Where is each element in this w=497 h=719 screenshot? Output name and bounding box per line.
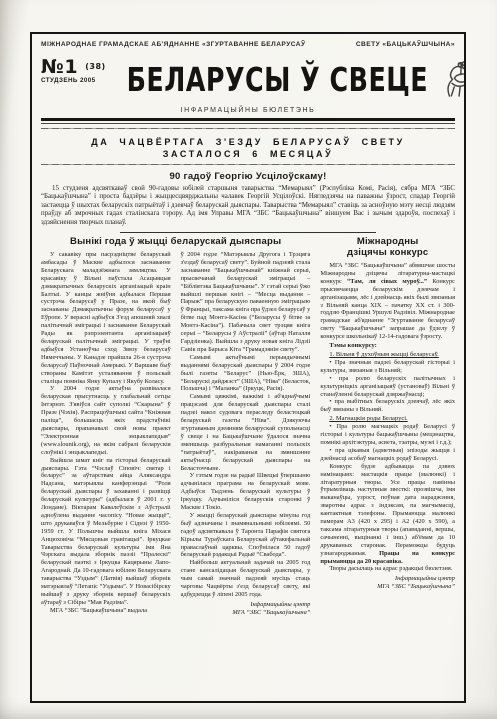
- bullet-item: • пра ролю беларускіх палітычных і культ…: [320, 375, 455, 399]
- divider-wavy: [41, 128, 455, 129]
- jubilee-title: 90 гадоў Георгію Усцілоўскаму!: [41, 171, 455, 182]
- article-column-1: У сакавіку пры пасрэдніцтве беларускай а…: [41, 251, 171, 617]
- divider-wavy: [41, 164, 455, 165]
- article-paragraph: Найбольш актуальнай задачай на 2005 год …: [181, 559, 311, 599]
- contest-intro-post: Конкурс прысвячаецца беларускім дзеячам …: [320, 278, 455, 340]
- divider-thick: [41, 118, 455, 121]
- article-paragraph: У жыцці беларускай дыяспары мінулы год б…: [181, 512, 311, 559]
- article-column-2: ў 2004 годзе “Матэрыялы Другога і Трэцяг…: [181, 251, 311, 617]
- themes-label: Тэмы конкурсу:: [320, 342, 455, 350]
- main-article-title: Вынікі года ў жыцці беларускай дыяспары: [41, 236, 310, 247]
- jubilee-body: 15 студзеня адсвяткаваў свой 90-гадовы ю…: [41, 185, 455, 227]
- theme-heading: 2. Магнацкія роды Беларусі.: [320, 415, 455, 423]
- article-paragraph: МГА “ЗБС “Бацькаўшчына” выдала: [41, 607, 171, 615]
- issue-number: №1 (38): [41, 59, 117, 75]
- article-paragraph: Самымі актыўнымі перыядычнымі выданнямі …: [181, 354, 311, 394]
- signature-line: МГА “ЗБС “Бацькаўшчына”: [181, 609, 311, 617]
- article-paragraph: У сакавіку пры пасрэдніцтве беларускай а…: [41, 251, 171, 385]
- contest-title: Міжнародны дзіцячы конкурс: [320, 236, 455, 258]
- contest-rules: Конкурс будзе адбывацца па дзвюх намінац…: [320, 463, 455, 566]
- divider-thin: [41, 123, 455, 124]
- article-signature: Інфармацыйны цэнтр МГА “ЗБС “Бацькаўшчын…: [181, 601, 311, 617]
- pahonia-logo-icon: [438, 53, 466, 105]
- issue-date: СТУДЗЕНЬ 2005: [41, 77, 117, 84]
- masthead: №1 (38) СТУДЗЕНЬ 2005 БЕЛАРУСЫ Ў СВЕЦЕ: [41, 53, 455, 105]
- bullet-item: • Пра ролю магнацкіх родаў Беларусі ў гі…: [320, 423, 455, 447]
- contest-closing: Творы дасылаць на адрас рэдакцыі бюлетэн…: [320, 565, 455, 573]
- columns-area: Вынікі года ў жыцці беларускай дыяспары …: [41, 236, 455, 617]
- countdown-line1: ДА ЧАЦВЁРТАГА З'ЕЗДУ БЕЛАРУСАЎ СВЕТУ: [41, 136, 455, 148]
- issue-block: №1 (38) СТУДЗЕНЬ 2005: [41, 53, 117, 84]
- theme-heading: 1. Вільня ў духоўным жыцці беларусаў.: [320, 351, 455, 359]
- contest-title-line1: Міжнародны: [357, 236, 419, 247]
- signature-line: МГА “ЗБС “Бацькаўшчына”: [320, 583, 455, 591]
- contest-rules-text: Конкурс будзе адбывацца па дзвюх намінац…: [320, 463, 455, 557]
- bullet-item: • пра выбітных беларускіх дзеячаў, лёс я…: [320, 398, 455, 414]
- contest-name-bold: “Там, ля сівых муроў...”: [347, 278, 427, 285]
- page-title: БЕЛАРУСЫ Ў СВЕЦЕ: [127, 53, 428, 109]
- main-article-columns: У сакавіку пры пасрэдніцтве беларускай а…: [41, 251, 310, 617]
- contest-signature: Інфармацыйны цэнтр МГА “ЗБС “Бацькаўшчын…: [320, 575, 455, 591]
- contest-intro: МГА “ЗБС “Бацькаўшчына” абвяшчае шосты М…: [320, 262, 455, 341]
- section-divider: [120, 232, 377, 233]
- contest-article: Міжнародны дзіцячы конкурс МГА “ЗБС “Бац…: [320, 236, 455, 617]
- scanned-page: МІЖНАРОДНАЕ ГРАМАДСКАЕ АБ'ЯДНАННЕ «ЗГУРТ…: [0, 0, 497, 719]
- org-line: МІЖНАРОДНАЕ ГРАМАДСКАЕ АБ'ЯДНАННЕ «ЗГУРТ…: [41, 41, 455, 48]
- countdown-line2: ЗАСТАЛОСЯ 6 МЕСЯЦАЎ: [41, 148, 455, 160]
- page-frame: МІЖНАРОДНАЕ ГРАМАДСКАЕ АБ'ЯДНАННЕ «ЗГУРТ…: [30, 32, 466, 703]
- article-paragraph: У 2004 годзе актыўна развівалася беларус…: [41, 385, 171, 456]
- countdown-banner: ДА ЧАЦВЁРТАГА З'ЕЗДУ БЕЛАРУСАЎ СВЕТУ ЗАС…: [41, 136, 455, 160]
- issue-subnumber: (38): [85, 62, 105, 71]
- issue-no-text: №1: [41, 56, 78, 78]
- org-line-right: СВЕТУ «БАЦЬКАЎШЧЫНА»: [356, 41, 455, 48]
- article-paragraph: У гэтым годзе на радыё Швецыі ўпершыню а…: [181, 472, 311, 512]
- main-article: Вынікі года ў жыцці беларускай дыяспары …: [41, 236, 310, 617]
- contest-title-line2: дзіцячы конкурс: [347, 247, 428, 258]
- article-paragraph: ў 2004 годзе “Матэрыялы Другога і Трэцяг…: [181, 251, 311, 354]
- bullet-item: • Пра значныя падзеі беларускай гісторыі…: [320, 359, 455, 375]
- signature-line: Інфармацыйны цэнтр: [181, 601, 311, 609]
- article-paragraph: Выйшла шмат кніг па гісторыі беларускай …: [41, 457, 171, 607]
- bullet-item: • пра цікавыя (адметныя) эпізоды жыцця і…: [320, 447, 455, 463]
- jubilee-section: 90 гадоў Георгію Усцілоўскаму! 15 студзе…: [41, 171, 455, 227]
- org-line-left: МІЖНАРОДНАЕ ГРАМАДСКАЕ АБ'ЯДНАННЕ «ЗГУРТ…: [41, 41, 306, 48]
- article-paragraph: Самымі цяжкімі, важкімі і аб'яднаўчымі п…: [181, 393, 311, 472]
